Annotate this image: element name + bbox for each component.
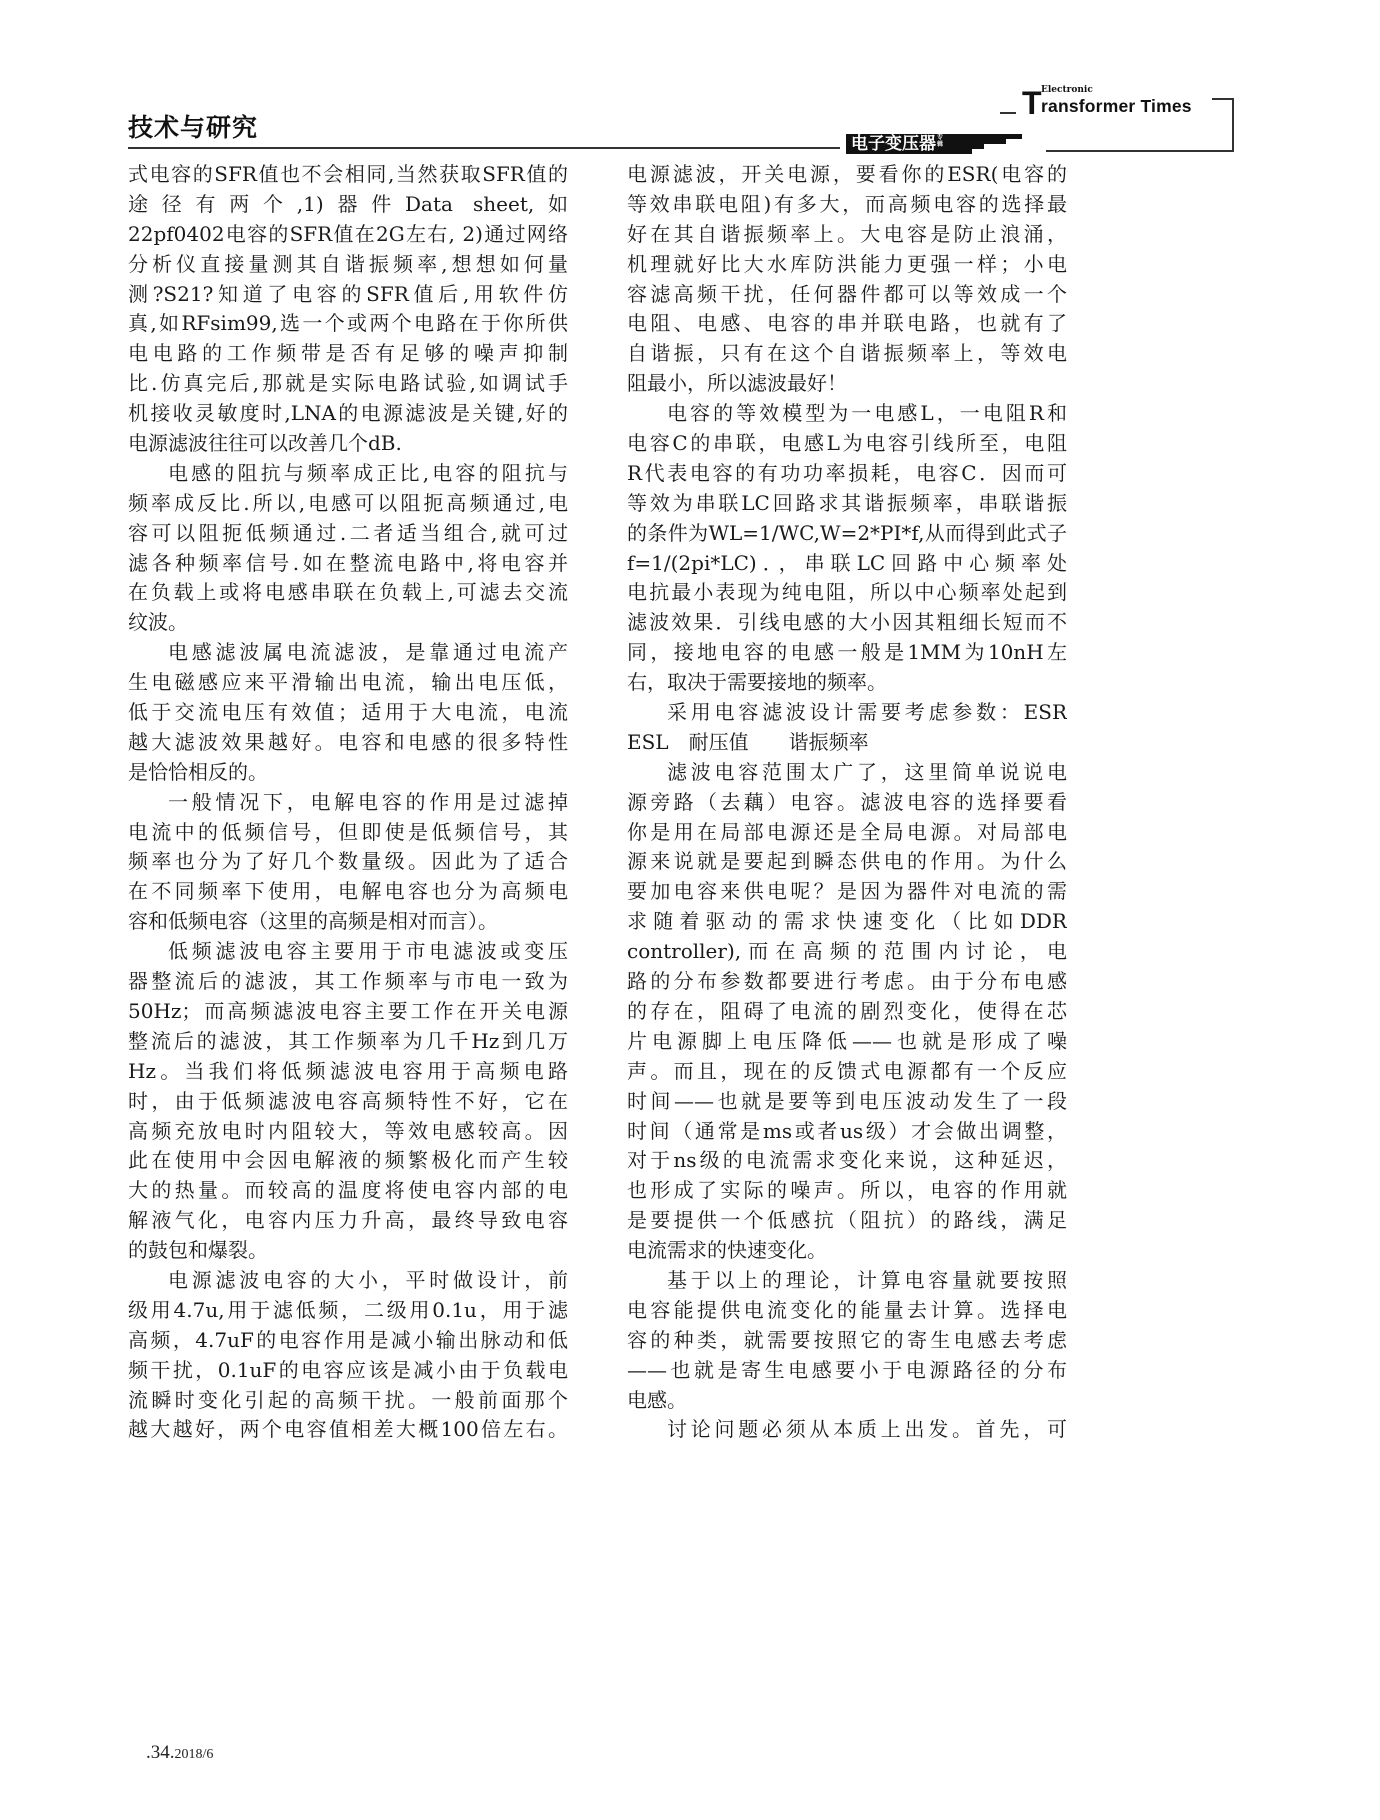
text-line: 声。而且，现在的反馈式电源都有一个反应 (627, 1057, 1067, 1087)
text-line: 电流需求的快速变化。 (627, 1236, 1067, 1266)
text-line: 50Hz；而高频滤波电容主要工作在开关电源 (128, 997, 568, 1027)
text-line: 解液气化，电容内压力升高，最终导致电容 (128, 1206, 568, 1236)
text-line: 电感滤波属电流滤波，是靠通过电流产 (128, 638, 568, 668)
text-line: ——也就是寄生电感要小于电源路径的分布 (627, 1356, 1067, 1386)
header-rule-right (1046, 150, 1234, 152)
text-line: 容和低频电容（这里的高频是相对而言）。 (128, 907, 568, 937)
text-line: 滤波电容范围太广了，这里简单说说电 (627, 758, 1067, 788)
header-rule-left (128, 147, 840, 149)
text-line: 对于ns级的电流需求变化来说，这种延迟， (627, 1146, 1067, 1176)
text-line: 电电路的工作频带是否有足够的噪声抑制 (128, 339, 568, 369)
text-line: 等效串联电阻)有多大，而高频电容的选择最 (627, 190, 1067, 220)
text-line: 右，取决于需要接地的频率。 (627, 668, 1067, 698)
text-line: 流瞬时变化引起的高频干扰。一般前面那个 (128, 1386, 568, 1416)
text-line: 级用4.7u,用于滤低频，二级用0.1u，用于滤 (128, 1296, 568, 1326)
text-line: 是要提供一个低感抗（阻抗）的路线，满足 (627, 1206, 1067, 1236)
text-line: 电源滤波往往可以改善几个dB. (128, 429, 568, 459)
text-line: 好在其自谐振频率上。大电容是防止浪涌， (627, 220, 1067, 250)
text-line: 自谐振，只有在这个自谐振频率上，等效电 (627, 339, 1067, 369)
text-line: 你是用在局部电源还是全局电源。对局部电 (627, 818, 1067, 848)
brand-rest: ransformer Times (1041, 96, 1192, 117)
journal-logo: 电子变压器专辑 (846, 134, 966, 154)
article-column-left: 式电容的SFR值也不会相同,当然获取SFR值的途径有两个,1)器件Data sh… (128, 160, 568, 1445)
brand-dash (1000, 112, 1016, 114)
issue-date: 2018/6 (175, 1747, 214, 1762)
text-line: 阻最小，所以滤波最好！ (627, 369, 1067, 399)
text-line: f=1/(2pi*LC)．，串联LC回路中心频率处 (627, 549, 1067, 579)
text-line: 源旁路（去藕）电容。滤波电容的选择要看 (627, 788, 1067, 818)
text-line: 路的分布参数都要进行考虑。由于分布电感 (627, 967, 1067, 997)
page-folio: .34.2018/6 (146, 1742, 213, 1764)
text-line: 此在使用中会因电解液的频繁极化而产生较 (128, 1146, 568, 1176)
text-line: 真,如RFsim99,选一个或两个电路在于你所供 (128, 309, 568, 339)
text-line: 基于以上的理论，计算电容量就要按照 (627, 1266, 1067, 1296)
text-line: 是恰恰相反的。 (128, 758, 568, 788)
page-number: .34. (146, 1742, 175, 1763)
text-line: 也形成了实际的噪声。所以，电容的作用就 (627, 1176, 1067, 1206)
text-line: 容可以阻扼低频通过.二者适当组合,就可过 (128, 519, 568, 549)
text-line: 在负载上或将电感串联在负载上,可滤去交流 (128, 578, 568, 608)
text-line: 电容C的串联，电感L为电容引线所至，电阻 (627, 429, 1067, 459)
text-line: 低频滤波电容主要用于市电滤波或变压 (128, 937, 568, 967)
text-line: 一般情况下，电解电容的作用是过滤掉 (128, 788, 568, 818)
text-line: 源来说就是要起到瞬态供电的作用。为什么 (627, 847, 1067, 877)
text-line: 时间——也就是要等到电压波动发生了一段 (627, 1087, 1067, 1117)
text-line: 器整流后的滤波，其工作频率与市电一致为 (128, 967, 568, 997)
text-line: 时间（通常是ms或者us级）才会做出调整， (627, 1117, 1067, 1147)
text-line: 测?S21?知道了电容的SFR值后,用软件仿 (128, 280, 568, 310)
text-line: 式电容的SFR值也不会相同,当然获取SFR值的 (128, 160, 568, 190)
text-line: 电容能提供电流变化的能量去计算。选择电 (627, 1296, 1067, 1326)
brand-small: Electronic (1041, 85, 1093, 95)
text-line: 滤波效果．引线电感的大小因其粗细长短而不 (627, 608, 1067, 638)
text-line: 大的热量。而较高的温度将使电容内部的电 (128, 1176, 568, 1206)
journal-logo-tiny: 专辑 (937, 134, 944, 148)
text-line: 容滤高频干扰，任何器件都可以等效成一个 (627, 280, 1067, 310)
text-line: 频率也分为了好几个数量级。因此为了适合 (128, 847, 568, 877)
text-line: 在不同频率下使用，电解电容也分为高频电 (128, 877, 568, 907)
text-line: controller),而在高频的范围内讨论，电 (627, 937, 1067, 967)
text-line: 比.仿真完后,那就是实际电路试验,如调试手 (128, 369, 568, 399)
text-line: 电阻、电感、电容的串并联电路，也就有了 (627, 309, 1067, 339)
text-line: 电源滤波电容的大小，平时做设计，前 (128, 1266, 568, 1296)
text-line: 片电源脚上电压降低——也就是形成了噪 (627, 1027, 1067, 1057)
text-line: 容的种类，就需要按照它的寄生电感去考虑 (627, 1326, 1067, 1356)
brand-initial: T (1022, 88, 1042, 118)
text-line: 同，接地电容的电感一般是1MM为10nH左 (627, 638, 1067, 668)
text-line: 纹波。 (128, 608, 568, 638)
text-line: 的存在，阻碍了电流的剧烈变化，使得在芯 (627, 997, 1067, 1027)
text-line: 频干扰，0.1uF的电容应该是减小由于负载电 (128, 1356, 568, 1386)
text-line: 滤各种频率信号.如在整流电路中,将电容并 (128, 549, 568, 579)
text-line: 的鼓包和爆裂。 (128, 1236, 568, 1266)
text-line: 高频，4.7uF的电容作用是减小输出脉动和低 (128, 1326, 568, 1356)
text-line: 生电磁感应来平滑输出电流，输出电压低， (128, 668, 568, 698)
text-line: 22pf0402电容的SFR值在2G左右, 2)通过网络 (128, 220, 568, 250)
text-line: 电抗最小表现为纯电阻，所以中心频率处起到 (627, 578, 1067, 608)
text-line: 越大滤波效果越好。电容和电感的很多特性 (128, 728, 568, 758)
journal-logo-text: 电子变压器 (851, 134, 936, 154)
text-line: R代表电容的有功功率损耗，电容C．因而可 (627, 459, 1067, 489)
text-line: Hz。当我们将低频滤波电容用于高频电路 (128, 1057, 568, 1087)
text-line: 低于交流电压有效值；适用于大电流，电流 (128, 698, 568, 728)
text-line: 电源滤波，开关电源，要看你的ESR(电容的 (627, 160, 1067, 190)
text-line: 时，由于低频滤波电容高频特性不好，它在 (128, 1087, 568, 1117)
text-line: 机理就好比大水库防洪能力更强一样；小电 (627, 250, 1067, 280)
text-line: 电流中的低频信号，但即使是低频信号，其 (128, 818, 568, 848)
article-column-right: 电源滤波，开关电源，要看你的ESR(电容的等效串联电阻)有多大，而高频电容的选择… (627, 160, 1067, 1445)
text-line: 讨论问题必须从本质上出发。首先，可 (627, 1415, 1067, 1445)
text-line: 采用电容滤波设计需要考虑参数：ESR (627, 698, 1067, 728)
text-line: 分析仪直接量测其自谐振频率,想想如何量 (128, 250, 568, 280)
bracket-top-line (1212, 98, 1233, 100)
text-line: 途径有两个,1)器件Data sheet,如 (128, 190, 568, 220)
text-line: 越大越好，两个电容值相差大概100倍左右。 (128, 1415, 568, 1445)
section-title: 技术与研究 (128, 108, 258, 144)
text-line: 等效为串联LC回路求其谐振频率，串联谐振 (627, 489, 1067, 519)
text-line: ESL 耐压值 谐振频率 (627, 728, 1067, 758)
text-line: 的条件为WL=1/WC,W=2*PI*f,从而得到此式子 (627, 519, 1067, 549)
text-line: 频率成反比.所以,电感可以阻扼高频通过,电 (128, 489, 568, 519)
text-line: 机接收灵敏度时,LNA的电源滤波是关键,好的 (128, 399, 568, 429)
text-line: 电感的阻抗与频率成正比,电容的阻抗与 (128, 459, 568, 489)
text-line: 电感。 (627, 1386, 1067, 1416)
text-line: 整流后的滤波，其工作频率为几千Hz到几万 (128, 1027, 568, 1057)
text-line: 高频充放电时内阻较大，等效电感较高。因 (128, 1117, 568, 1147)
text-line: 求随着驱动的需求快速变化（比如DDR (627, 907, 1067, 937)
text-line: 电容的等效模型为一电感L，一电阻R和 (627, 399, 1067, 429)
bracket-vertical-line (1232, 98, 1234, 152)
text-line: 要加电容来供电呢？是因为器件对电流的需 (627, 877, 1067, 907)
